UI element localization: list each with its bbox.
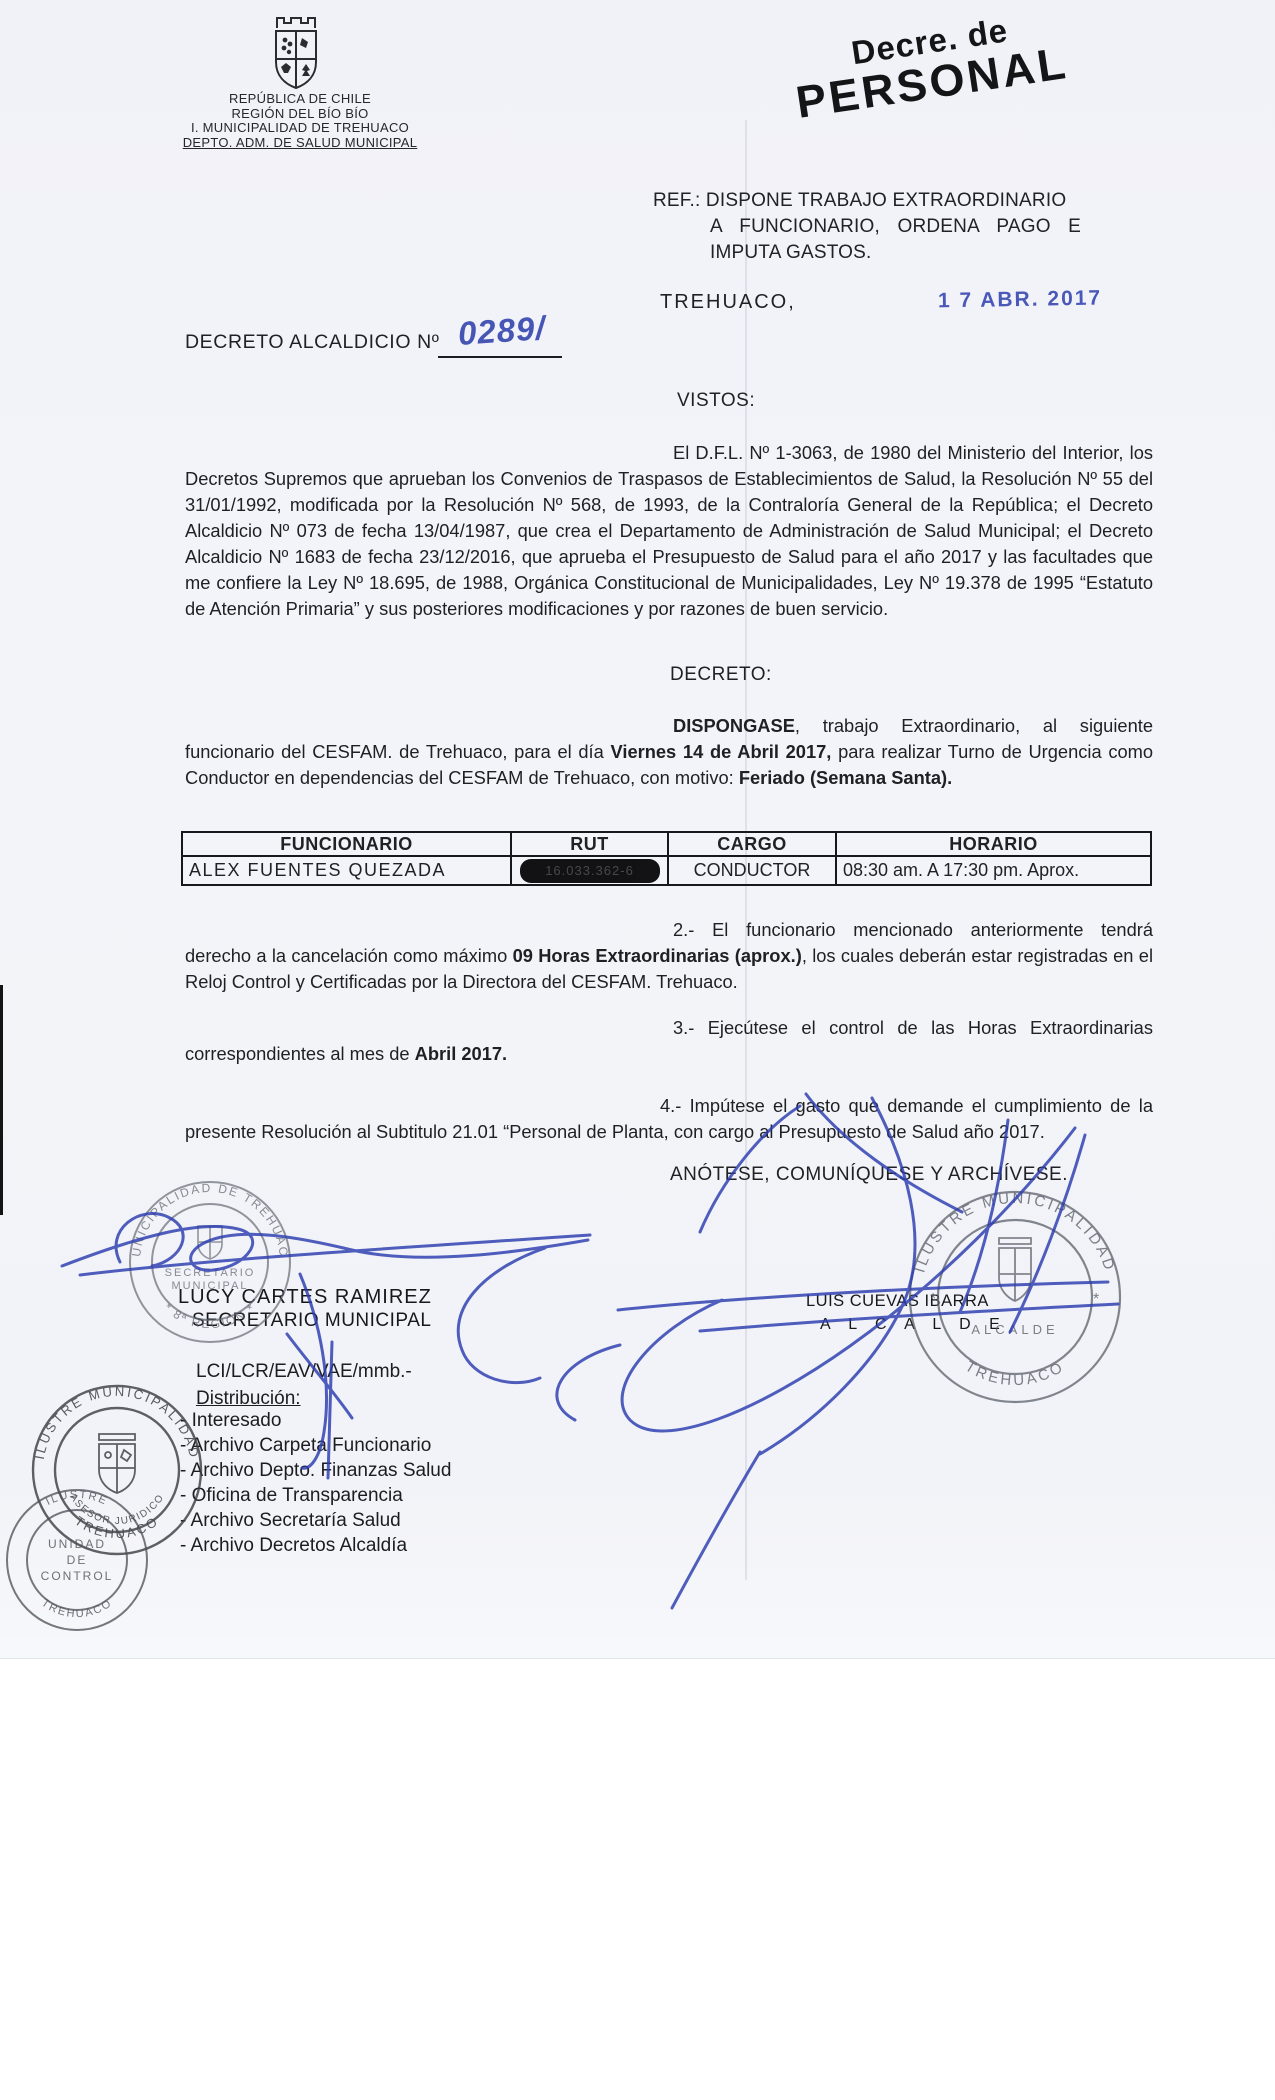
letterhead-department: DEPTO. ADM. DE SALUD MUNICIPAL (135, 136, 465, 151)
mayor-stamp-star-left: * (930, 1291, 939, 1308)
place-line: TREHUACO, (660, 291, 796, 314)
scan-edge-artifact (0, 985, 3, 1215)
ref-line-3: IMPUTA GASTOS. (710, 242, 872, 264)
secretary-round-stamp: MUNICIPALIDAD DE TREHUACO * 8ª REGIÓN * … (126, 1178, 294, 1346)
control-stamp-ring-top: ILUSTRE (44, 1489, 110, 1508)
vistos-heading: VISTOS: (677, 390, 755, 412)
letterhead-municipality: I. MUNICIPALIDAD DE TREHUACO (135, 121, 465, 136)
letterhead: REPÚBLICA DE CHILE REGIÓN DEL BÍO BÍO I.… (135, 92, 465, 150)
control-stamp-line3: CONTROL (41, 1569, 114, 1583)
mayor-round-stamp: ILUSTRE MUNICIPALIDAD TREHUACO * * ALCAL… (904, 1186, 1126, 1408)
rut-redaction: 16.033.362-6 (520, 859, 660, 883)
secretary-stamp-center2: MUNICIPAL (171, 1280, 248, 1292)
employees-table: FUNCIONARIO RUT CARGO HORARIO ALEX FUENT… (181, 831, 1152, 886)
decreto-heading: DECRETO: (670, 664, 772, 686)
control-stamp-line2: DE (67, 1553, 88, 1567)
mayor-stamp-star-right: * (1093, 1291, 1102, 1308)
decree-number-underline (438, 356, 562, 358)
distribution-item: - Archivo Secretaría Salud (180, 1508, 451, 1533)
svg-text:ILUSTRE: ILUSTRE (44, 1489, 110, 1508)
vistos-paragraph: El D.F.L. Nº 1-3063, de 1980 del Ministe… (185, 440, 1153, 622)
date-stamp: 1 7 ABR. 2017 (938, 287, 1103, 314)
mayor-stamp-ring-bottom: TREHUACO (962, 1358, 1068, 1389)
dispose-paragraph: DISPONGASE, trabajo Extraordinario, al s… (185, 713, 1153, 791)
secretary-stamp-ring-bottom: * 8ª REGIÓN * (161, 1300, 259, 1331)
distribution-item: - Archivo Decretos Alcaldía (180, 1533, 451, 1558)
cell-cargo: CONDUCTOR (668, 856, 836, 885)
col-header-cargo: CARGO (668, 832, 836, 856)
p2-hours-bold: 09 Horas Extraordinarias (aprox.) (513, 945, 802, 966)
svg-text:* 8ª REGIÓN *: * 8ª REGIÓN * (161, 1300, 259, 1331)
ref-line-1: REF.: DISPONE TRABAJO EXTRAORDINARIO (653, 190, 1066, 212)
dispose-keyword: DISPONGASE (673, 715, 795, 736)
decree-number-label: DECRETO ALCALDICIO Nº (185, 331, 440, 354)
distribution-title: Distribución: (196, 1388, 301, 1410)
decree-number-handwritten: 0289/ (457, 309, 547, 353)
distribution-item: - Archivo Depto. Finanzas Salud (180, 1458, 451, 1483)
col-header-horario: HORARIO (836, 832, 1151, 856)
table-row: ALEX FUENTES QUEZADA 16.033.362-6 CONDUC… (182, 856, 1151, 885)
control-stamp-ring-bottom: TREHUACO (39, 1597, 115, 1620)
col-header-rut: RUT (511, 832, 668, 856)
p3-month-bold: Abril 2017. (415, 1043, 507, 1064)
cell-funcionario: ALEX FUENTES QUEZADA (182, 856, 511, 885)
cell-horario: 08:30 am. A 17:30 pm. Aprox. (836, 856, 1151, 885)
p3-text: 3.- Ejecútese el control de las Horas Ex… (185, 1017, 1153, 1064)
dispose-date-bold: Viernes 14 de Abril 2017, (611, 741, 832, 762)
paragraph-4: 4.- Impútese el gasto que demande el cum… (185, 1093, 1153, 1145)
letterhead-region: REGIÓN DEL BÍO BÍO (135, 107, 465, 122)
ref-line-2: A FUNCIONARIO, ORDENA PAGO E (710, 216, 1081, 238)
control-unit-round-stamp: ILUSTRE TREHUACO UNIDAD DE CONTROL (3, 1486, 151, 1634)
rut-obscured-value: 16.033.362-6 (545, 863, 634, 878)
control-stamp-line1: UNIDAD (48, 1537, 106, 1551)
scanned-decree-page: REPÚBLICA DE CHILE REGIÓN DEL BÍO BÍO I.… (0, 0, 1275, 2100)
paragraph-2: 2.- El funcionario mencionado anteriorme… (185, 917, 1153, 995)
letterhead-country: REPÚBLICA DE CHILE (135, 92, 465, 107)
distribution-item: - Archivo Carpeta Funcionario (180, 1433, 451, 1458)
secretary-stamp-center1: SECRETARIO (165, 1267, 256, 1279)
paragraph-3: 3.- Ejecútese el control de las Horas Ex… (185, 1015, 1153, 1067)
svg-text:TREHUACO: TREHUACO (962, 1358, 1068, 1389)
distribution-item: - Interesado (180, 1408, 451, 1433)
dispose-motive-bold: Feriado (Semana Santa). (739, 767, 952, 788)
initials-line: LCI/LCR/EAV/VAE/mmb.- (196, 1361, 412, 1383)
mayor-stamp-center: ALCALDE (971, 1322, 1058, 1337)
cell-rut: 16.033.362-6 (511, 856, 668, 885)
distribution-list: - Interesado - Archivo Carpeta Funcionar… (180, 1408, 451, 1558)
col-header-funcionario: FUNCIONARIO (182, 832, 511, 856)
distribution-item: - Oficina de Transparencia (180, 1483, 451, 1508)
closing-line: ANÓTESE, COMUNÍQUESE Y ARCHÍVESE. (670, 1164, 1068, 1186)
table-header-row: FUNCIONARIO RUT CARGO HORARIO (182, 832, 1151, 856)
coat-of-arms-icon (265, 12, 327, 92)
svg-text:TREHUACO: TREHUACO (39, 1597, 115, 1620)
